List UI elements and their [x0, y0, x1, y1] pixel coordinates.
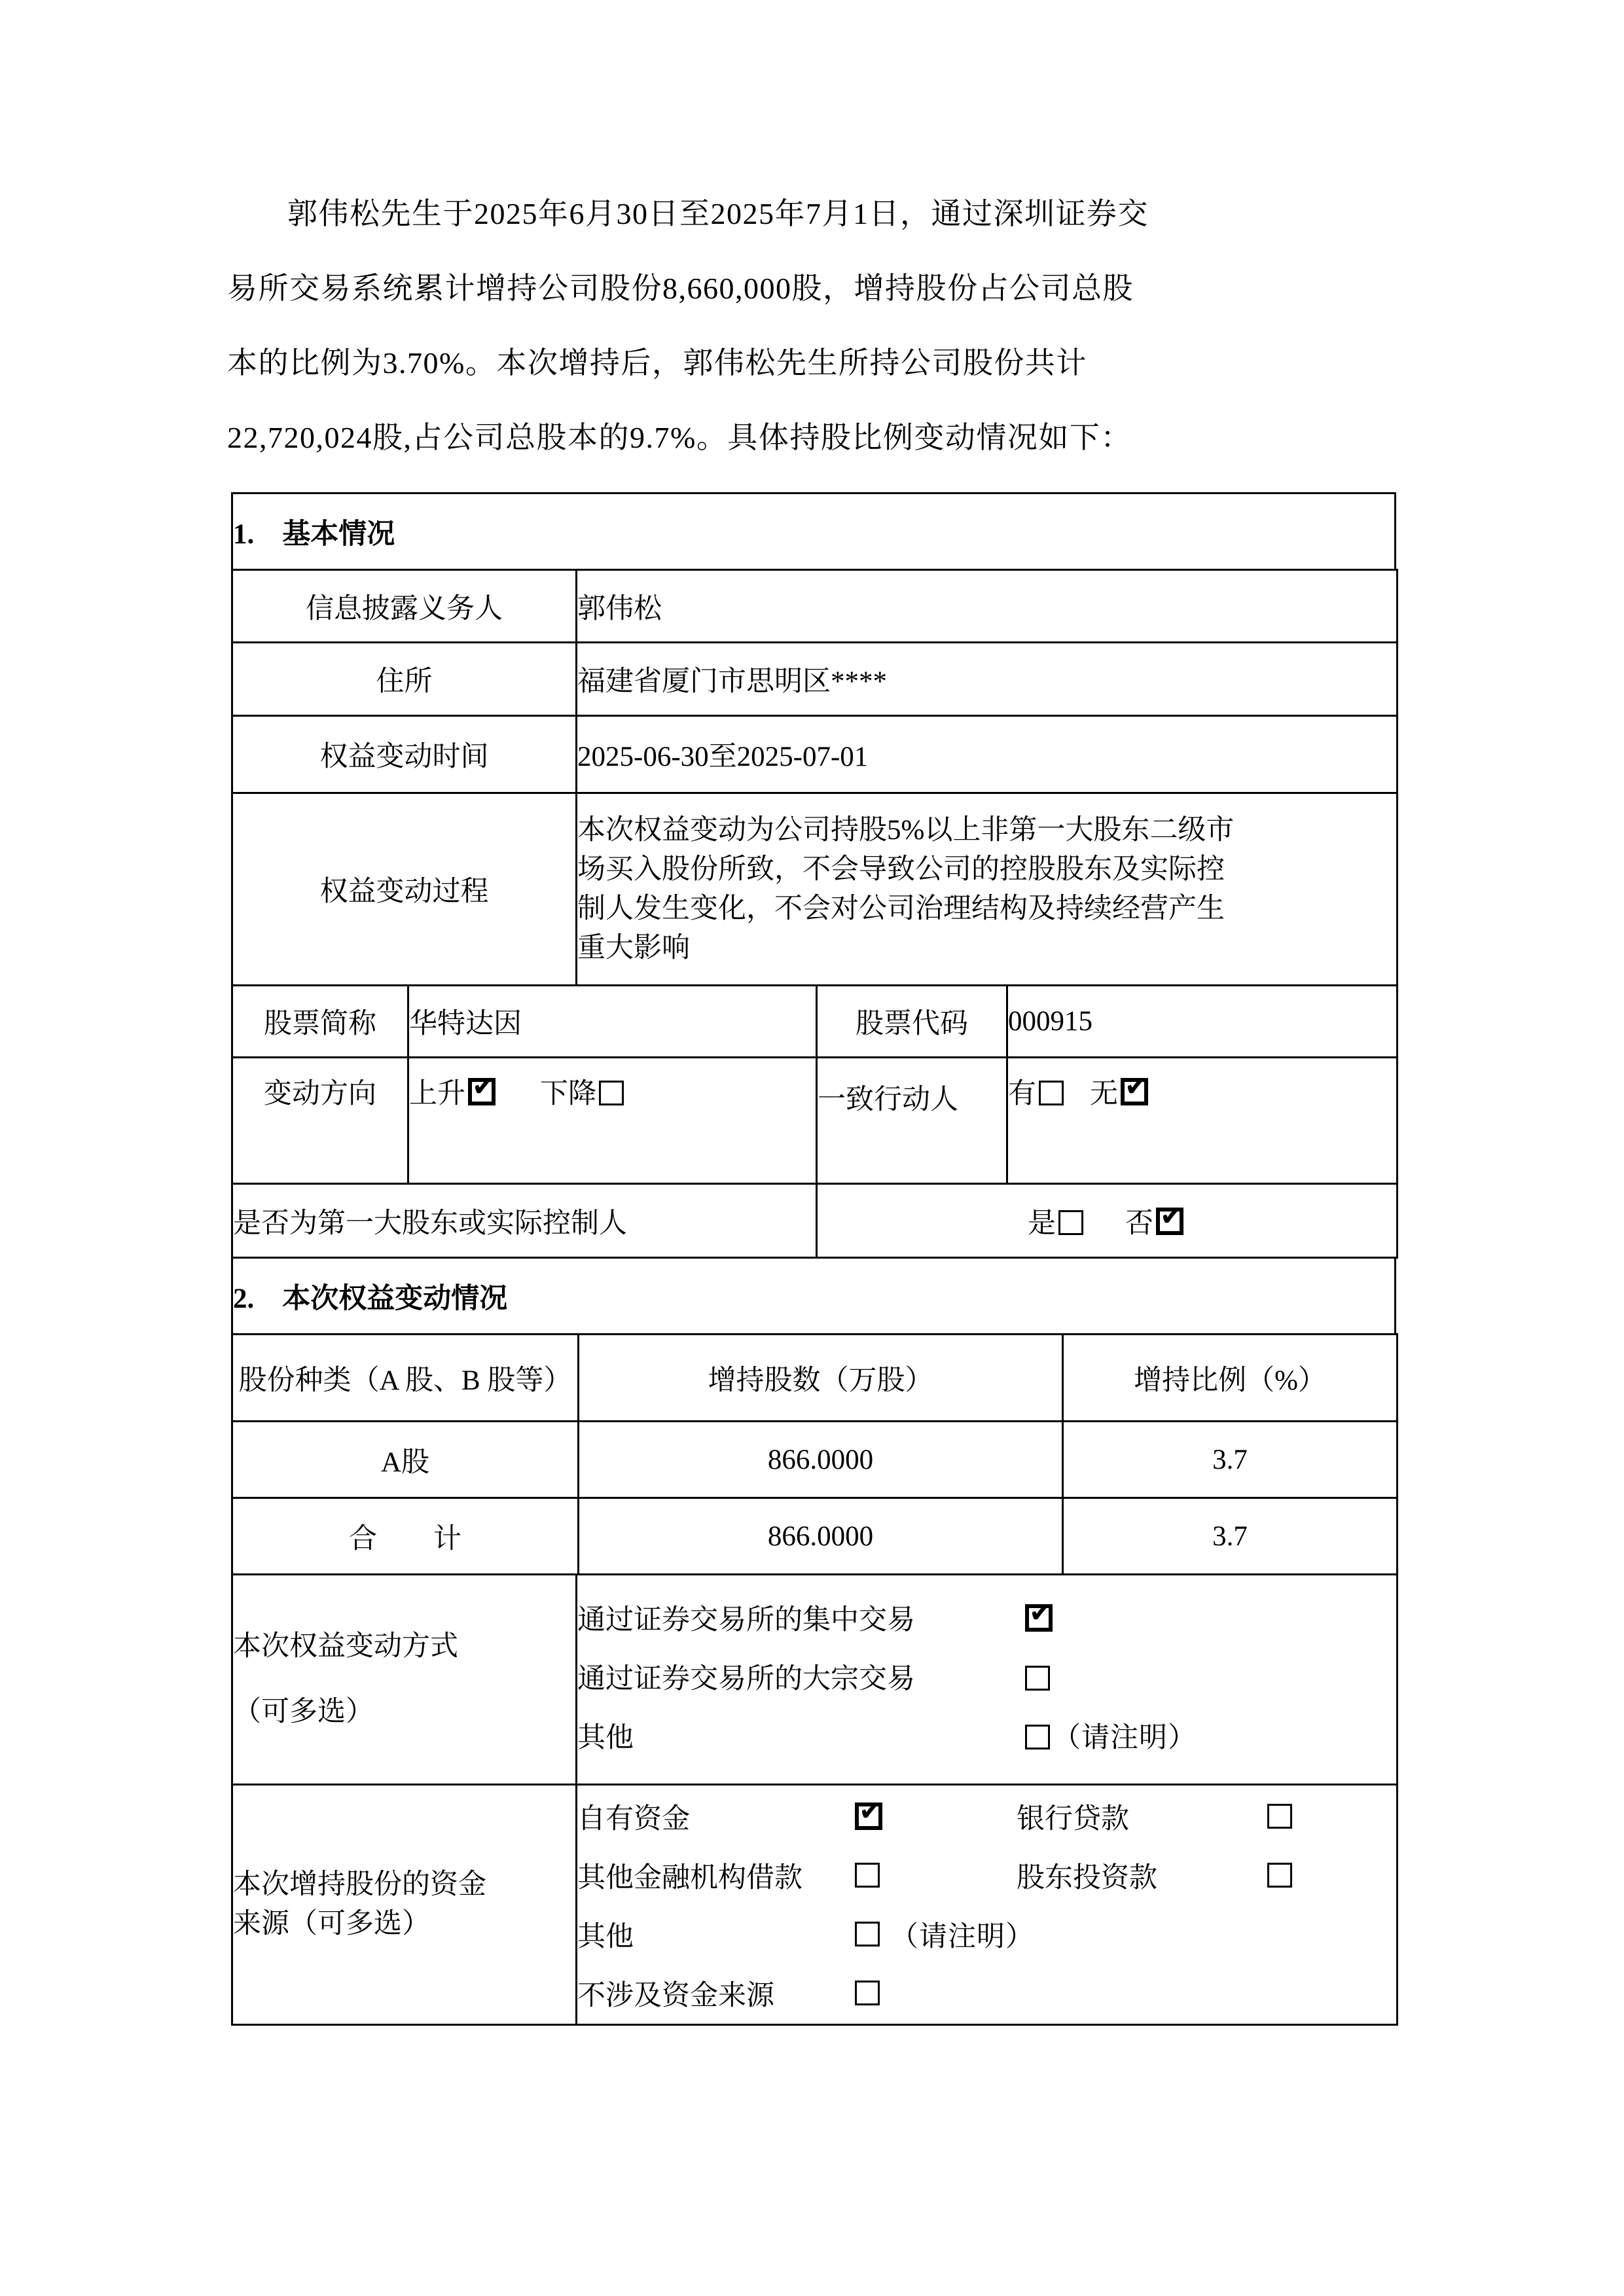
funds-option-row: 自有资金 银行贷款	[577, 1787, 1396, 1846]
stock-info-table: 股票简称 华特达因 股票代码 000915 变动方向 上升下降 一致行动人 有无	[231, 984, 1398, 1185]
other-financial-loan-checkbox[interactable]	[855, 1863, 880, 1888]
method-option: 通过证券交易所的大宗交易	[577, 1650, 1396, 1709]
largest-holder-label: 是否为第一大股东或实际控制人	[232, 1184, 817, 1258]
option-label: 通过证券交易所的大宗交易	[577, 1650, 1022, 1709]
process-line: 重大影响	[577, 929, 1396, 968]
table-row: 变动方向 上升下降 一致行动人 有无	[232, 1058, 1398, 1184]
change-method-label: 本次权益变动方式 （可多选）	[232, 1575, 577, 1785]
option-label: 股东投资款	[1017, 1856, 1265, 1895]
has-label: 有	[1008, 1079, 1036, 1109]
down-label: 下降	[540, 1079, 596, 1109]
disclosure-form: 1. 基本情况 信息披露义务人 郭伟松 住所 福建省厦门市思明区**** 权益变…	[231, 492, 1396, 2026]
stock-code-value: 000915	[1007, 986, 1398, 1058]
intro-line: 22,720,024股,占公司总股本的9.7%。具体持股比例变动情况如下：	[227, 401, 1399, 475]
total-ratio: 3.7	[1063, 1498, 1398, 1575]
stock-name-value: 华特达因	[408, 986, 817, 1058]
concert-party-label: 一致行动人	[817, 1058, 1007, 1184]
stock-code-label: 股票代码	[817, 986, 1007, 1058]
section2-title: 2. 本次权益变动情况	[232, 1258, 1396, 1335]
intro-line: 本的比例为3.70%。本次增持后，郭伟松先生所持公司股份共计	[227, 326, 1399, 401]
process-line: 制人发生变化，不会对公司治理结构及持续经营产生	[577, 889, 1396, 929]
other-method-checkbox[interactable]	[1025, 1725, 1050, 1749]
option-label: 其他金融机构借款	[577, 1856, 852, 1895]
section1-header-table: 1. 基本情况	[231, 492, 1396, 571]
total-kind: 合 计	[232, 1498, 579, 1575]
change-process-label: 权益变动过程	[232, 793, 577, 986]
concert-party-options: 有无	[1007, 1058, 1398, 1184]
funds-source-table: 本次增持股份的资金 来源（可多选） 自有资金 银行贷款 其他金融机构借款 股东投…	[231, 1784, 1398, 2026]
table-row: 合 计 866.0000 3.7	[232, 1498, 1398, 1575]
shareholder-investment-checkbox[interactable]	[1267, 1863, 1292, 1888]
a-share-shares: 866.0000	[579, 1422, 1063, 1498]
col-header-share-type: 股份种类（A 股、B 股等）	[232, 1335, 579, 1422]
yes-label: 是	[1028, 1208, 1056, 1239]
table-header-row: 股份种类（A 股、B 股等） 增持股数（万股） 增持比例（%）	[232, 1335, 1398, 1422]
method-option: 通过证券交易所的集中交易	[577, 1591, 1396, 1650]
centralized-trade-checkbox[interactable]	[1025, 1604, 1053, 1632]
option-label: 不涉及资金来源	[577, 1973, 852, 2013]
none-checkbox[interactable]	[1121, 1078, 1148, 1105]
up-checkbox[interactable]	[468, 1078, 496, 1105]
no-funds-involved-checkbox[interactable]	[855, 1981, 880, 2005]
intro-line: 易所交易系统累计增持公司股份8,660,000股，增持股份占公司总股	[227, 251, 1399, 326]
discloser-label: 信息披露义务人	[232, 570, 577, 643]
funds-source-label-line: 本次增持股份的资金	[233, 1865, 575, 1905]
process-line: 本次权益变动为公司持股5%以上非第一大股东二级市	[577, 811, 1396, 850]
change-detail-table: 股份种类（A 股、B 股等） 增持股数（万股） 增持比例（%） A股 866.0…	[231, 1333, 1398, 1575]
table-row: 信息披露义务人 郭伟松	[232, 570, 1398, 643]
option-label: 自有资金	[577, 1797, 852, 1837]
option-label: 其他	[577, 1709, 1022, 1768]
no-label: 否	[1125, 1208, 1153, 1239]
funds-option-row: 其他 （请注明）	[577, 1905, 1396, 1964]
change-method-options: 通过证券交易所的集中交易 通过证券交易所的大宗交易 其他（请注明）	[577, 1575, 1398, 1785]
funds-source-label-line: 来源（可多选）	[233, 1905, 575, 1944]
table-row: 权益变动过程 本次权益变动为公司持股5%以上非第一大股东二级市 场买入股份所致，…	[232, 793, 1398, 986]
option-label: 银行贷款	[1017, 1797, 1265, 1837]
section1-title: 1. 基本情况	[232, 493, 1396, 570]
other-funds-checkbox[interactable]	[855, 1922, 880, 1946]
total-shares: 866.0000	[579, 1498, 1063, 1575]
has-checkbox[interactable]	[1039, 1081, 1064, 1105]
option-label: 其他	[577, 1914, 852, 1954]
change-time-label: 权益变动时间	[232, 716, 577, 793]
direction-options: 上升下降	[408, 1058, 817, 1184]
change-method-label-line: 本次权益变动方式	[233, 1614, 575, 1679]
table-row: 是否为第一大股东或实际控制人 是否	[232, 1184, 1398, 1258]
table-row: A股 866.0000 3.7	[232, 1422, 1398, 1498]
funds-source-options: 自有资金 银行贷款 其他金融机构借款 股东投资款 其他 （请注明）	[577, 1785, 1398, 2025]
change-method-label-line: （可多选）	[233, 1679, 575, 1745]
please-specify-note: （请注明）	[880, 1914, 1292, 1954]
change-time-value: 2025-06-30至2025-07-01	[577, 716, 1398, 793]
residence-value: 福建省厦门市思明区****	[577, 643, 1398, 716]
no-checkbox[interactable]	[1156, 1208, 1183, 1235]
direction-label: 变动方向	[232, 1058, 408, 1184]
basic-info-table: 信息披露义务人 郭伟松 住所 福建省厦门市思明区**** 权益变动时间 2025…	[231, 569, 1398, 986]
block-trade-checkbox[interactable]	[1025, 1666, 1050, 1691]
funds-option-row: 其他金融机构借款 股东投资款	[577, 1846, 1396, 1905]
intro-line: 郭伟松先生于2025年6月30日至2025年7月1日，通过深圳证券交	[227, 177, 1399, 251]
method-option: 其他（请注明）	[577, 1709, 1396, 1768]
largest-holder-table: 是否为第一大股东或实际控制人 是否	[231, 1183, 1398, 1259]
bank-loan-checkbox[interactable]	[1267, 1804, 1292, 1829]
table-row: 股票简称 华特达因 股票代码 000915	[232, 986, 1398, 1058]
table-row: 本次权益变动方式 （可多选） 通过证券交易所的集中交易 通过证券交易所的大宗交易…	[232, 1575, 1398, 1785]
stock-name-label: 股票简称	[232, 986, 408, 1058]
col-header-shares: 增持股数（万股）	[579, 1335, 1063, 1422]
down-checkbox[interactable]	[599, 1081, 624, 1105]
discloser-value: 郭伟松	[577, 570, 1398, 643]
own-funds-checkbox[interactable]	[855, 1803, 882, 1830]
residence-label: 住所	[232, 643, 577, 716]
a-share-ratio: 3.7	[1063, 1422, 1398, 1498]
change-process-text: 本次权益变动为公司持股5%以上非第一大股东二级市 场买入股份所致，不会导致公司的…	[577, 793, 1398, 986]
table-row: 住所 福建省厦门市思明区****	[232, 643, 1398, 716]
yes-checkbox[interactable]	[1058, 1210, 1083, 1235]
largest-holder-options: 是否	[817, 1184, 1398, 1258]
none-label: 无	[1090, 1079, 1118, 1109]
table-row: 权益变动时间 2025-06-30至2025-07-01	[232, 716, 1398, 793]
change-method-table: 本次权益变动方式 （可多选） 通过证券交易所的集中交易 通过证券交易所的大宗交易…	[231, 1573, 1398, 1785]
section2-header-table: 2. 本次权益变动情况	[231, 1257, 1396, 1335]
option-label: 通过证券交易所的集中交易	[577, 1591, 1022, 1650]
intro-paragraph: 郭伟松先生于2025年6月30日至2025年7月1日，通过深圳证券交 易所交易系…	[227, 177, 1399, 475]
funds-source-label: 本次增持股份的资金 来源（可多选）	[232, 1785, 577, 2025]
please-specify-note: （请注明）	[1053, 1723, 1197, 1753]
process-line: 场买入股份所致，不会导致公司的控股股东及实际控	[577, 850, 1396, 889]
a-share-kind: A股	[232, 1422, 579, 1498]
up-label: 上升	[409, 1079, 465, 1109]
col-header-ratio: 增持比例（%）	[1063, 1335, 1398, 1422]
table-row: 本次增持股份的资金 来源（可多选） 自有资金 银行贷款 其他金融机构借款 股东投…	[232, 1785, 1398, 2025]
funds-option-row: 不涉及资金来源	[577, 1964, 1396, 2022]
